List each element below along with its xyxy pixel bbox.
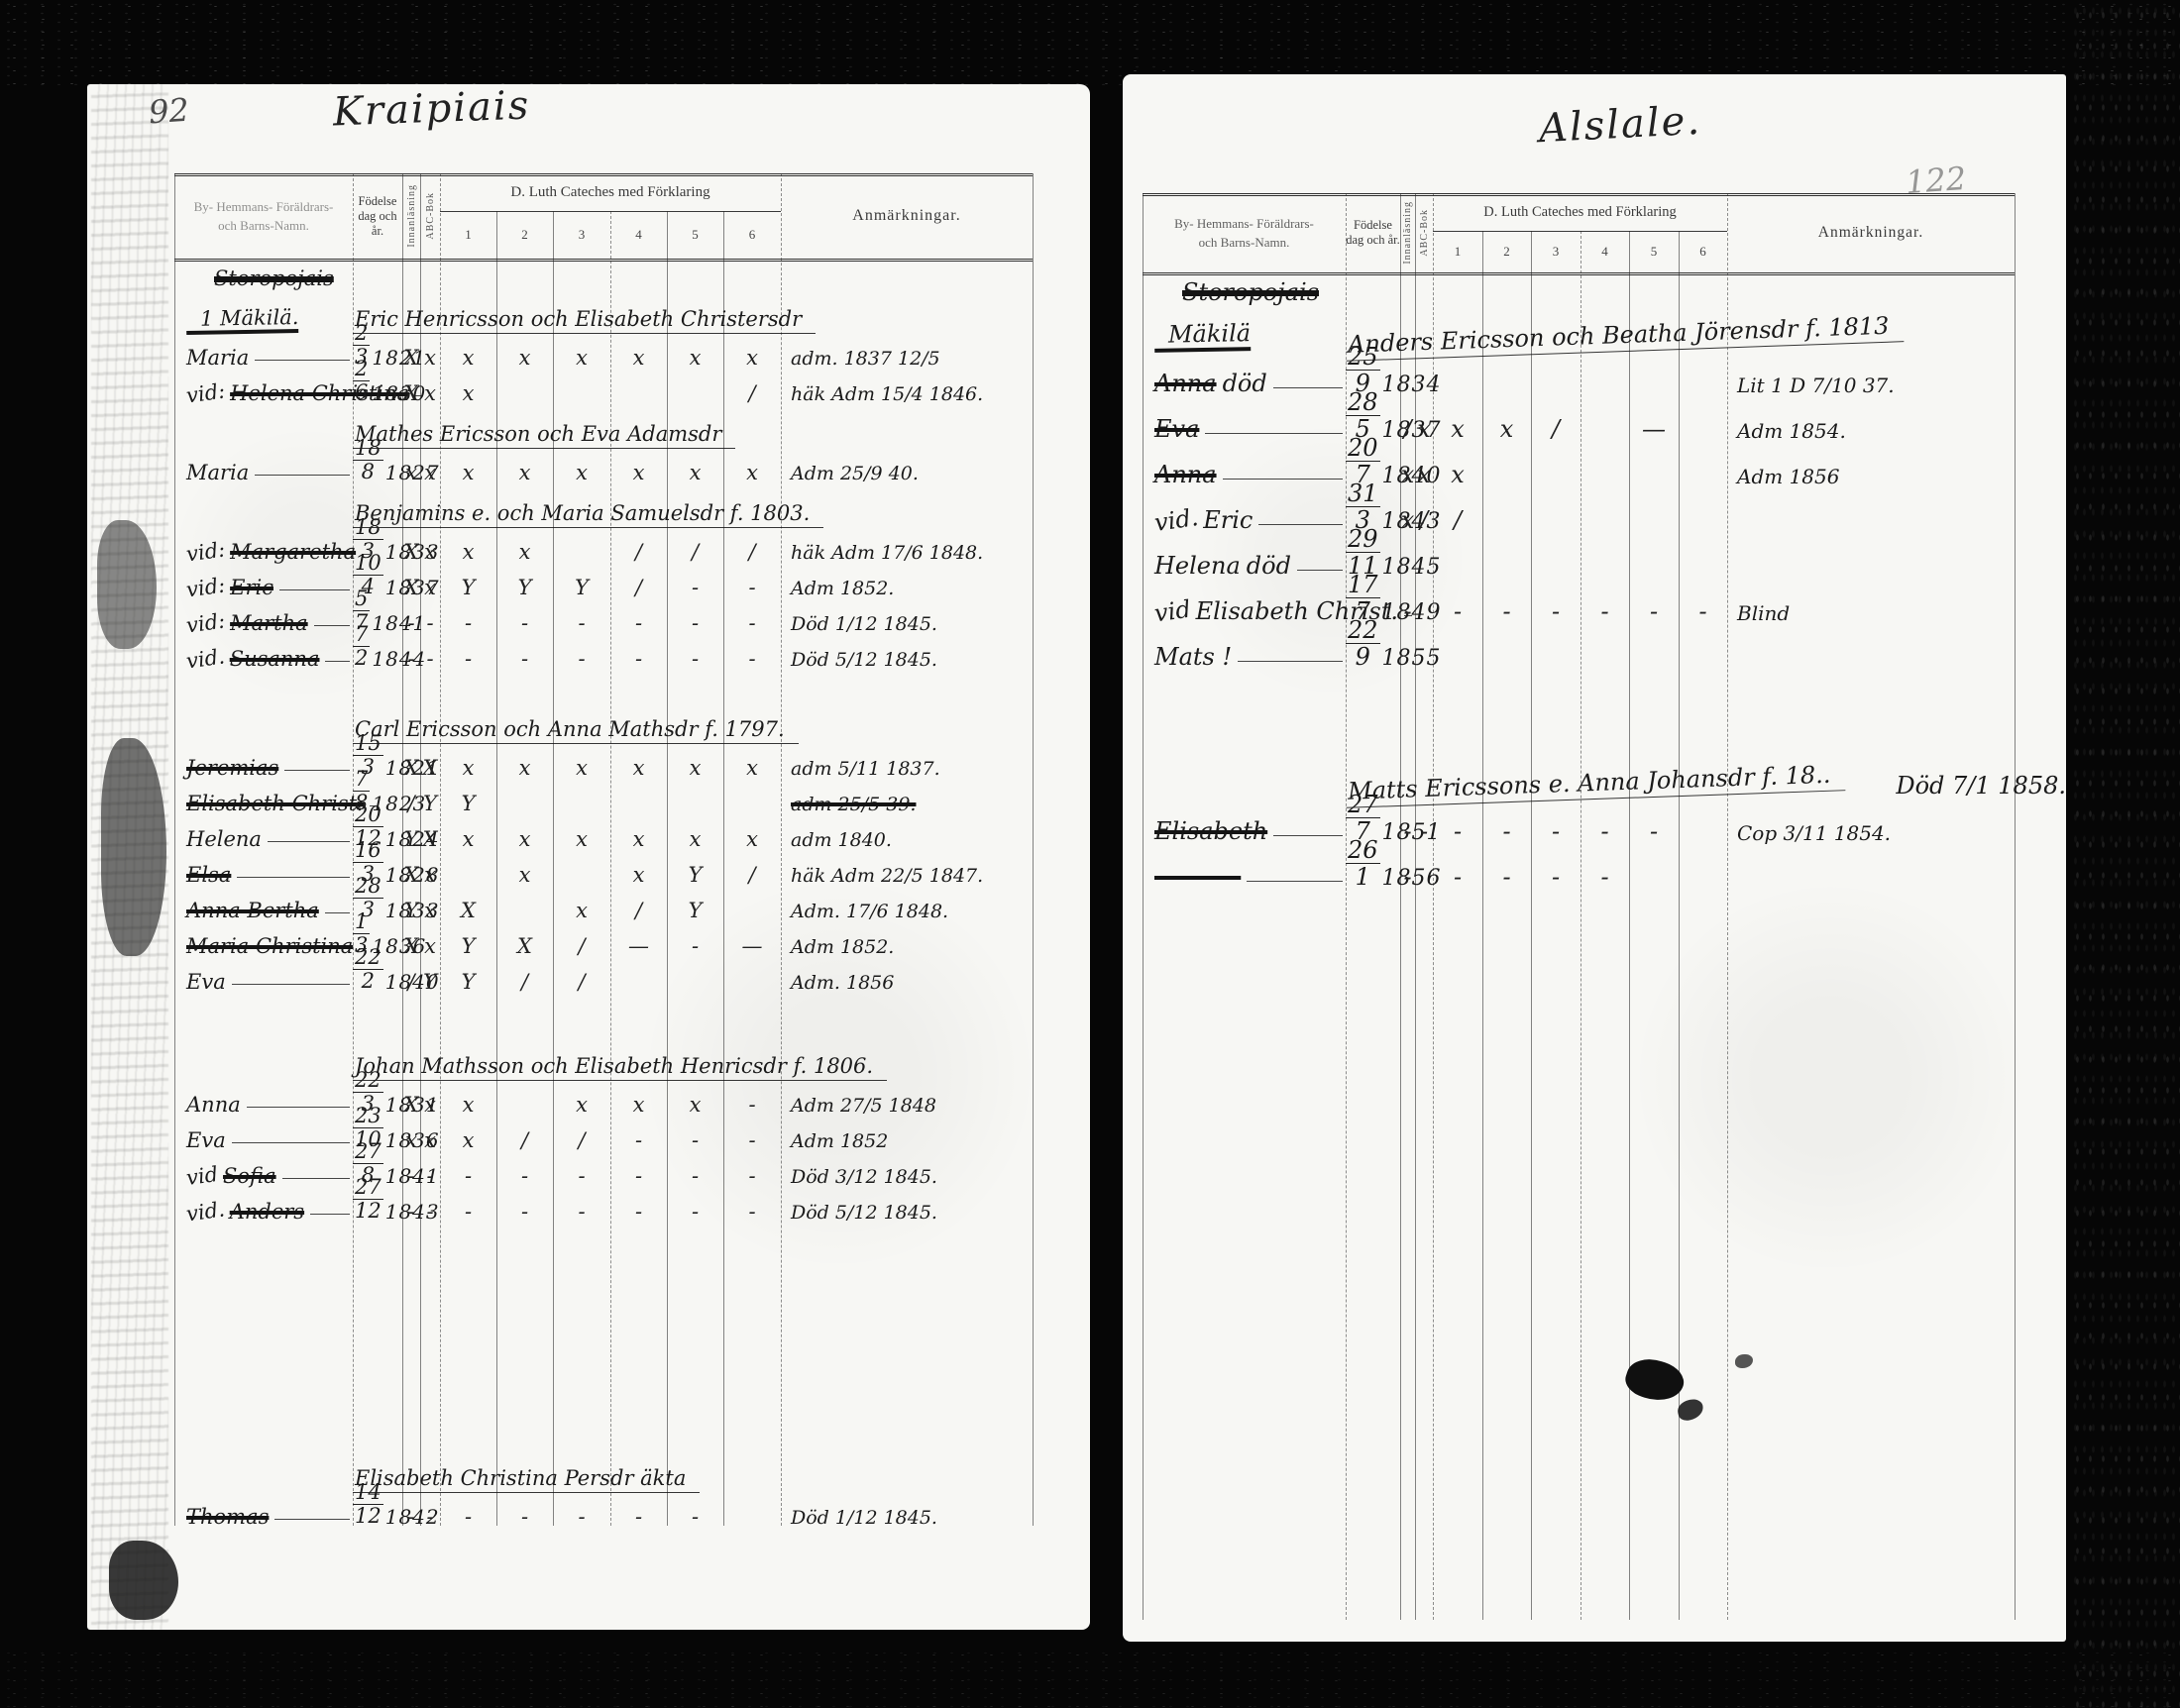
remark-note: häk Adm 15/4 1846. xyxy=(781,383,1033,405)
table-row: Elisabeth Christ:781823/YYadm 25/5 39. xyxy=(174,780,1090,815)
cateches-mark: - xyxy=(610,611,667,635)
cateches-mark: / xyxy=(723,863,781,887)
cateches-mark: Y xyxy=(440,934,496,958)
name-cell: vid:Martha xyxy=(174,611,353,635)
name-cell: Elisabeth Christ: xyxy=(174,792,353,815)
family-parents-span: Carl Ericsson och Anna Mathsdr f. 1797. xyxy=(353,717,1090,744)
birth-date: 14121842 xyxy=(353,1482,402,1529)
cateches-mark: - xyxy=(610,647,667,671)
birth-month: 12 xyxy=(355,1200,381,1222)
cateches-mark: x xyxy=(667,1093,723,1117)
cateches-mark: / xyxy=(496,1128,553,1152)
cateches-col-1: 1 xyxy=(1433,231,1482,272)
person-name: Eva xyxy=(1154,415,1199,443)
cateches-mark: - xyxy=(496,1200,553,1224)
remark-note: Adm 25/9 40. xyxy=(781,463,1033,484)
birth-month: 9 xyxy=(1356,644,1370,669)
family-parents-span: Elisabeth Christina Persdr äkta xyxy=(353,1466,1090,1493)
cateches-mark: Y xyxy=(420,792,440,815)
cateches-mark: x xyxy=(420,899,440,922)
cateches-mark: - xyxy=(610,1200,667,1224)
name-suffix: död xyxy=(1223,370,1267,397)
entries: Storopojais1 Mäkilä.Eric Henricsson och … xyxy=(87,261,1090,1529)
person-name: Elisabeth Christ: xyxy=(186,792,364,815)
name-cell: Maria xyxy=(174,461,353,484)
leader-line xyxy=(1273,835,1343,836)
person-name: — — — xyxy=(1154,863,1241,891)
person-name: Anna Bertha xyxy=(186,899,319,922)
family-header-row: Carl Ericsson och Anna Mathsdr f. 1797. xyxy=(174,700,1090,744)
cateches-mark: - xyxy=(610,1164,667,1188)
person-name: Martha xyxy=(230,611,308,635)
family-section: Storopojais1 Mäkilä.Eric Henricsson och … xyxy=(174,261,1090,405)
cateches-mark: Y xyxy=(667,899,723,922)
birth-day: 25 xyxy=(1346,345,1380,371)
person-name: Helena xyxy=(1154,552,1241,580)
name-cell: Maria xyxy=(174,346,353,370)
leader-line xyxy=(314,625,350,626)
cateches-mark: x xyxy=(610,346,667,370)
column-header-birth: Födelse dag och år. xyxy=(1346,193,1400,272)
birth-date: 261830 xyxy=(353,359,402,405)
column-header-remarks: Anmärkningar. xyxy=(1727,193,2015,272)
name-cell: vid.Eric xyxy=(1143,506,1346,534)
leader-line xyxy=(1223,479,1343,480)
cateches-mark: X xyxy=(402,576,420,599)
cateches-mark: x xyxy=(420,381,440,405)
birth-month: 1 xyxy=(1356,864,1370,889)
cateches-mark: - xyxy=(1679,597,1727,625)
cateches-mark: - xyxy=(723,1128,781,1152)
table-row: Helena20121824YXxxxxxxadm 1840. xyxy=(174,815,1090,851)
column-header-abc: ABC-Bok xyxy=(1415,193,1433,272)
remark-note: adm 5/11 1837. xyxy=(781,758,1033,780)
cateches-mark: - xyxy=(496,1164,553,1188)
cateches-mark: - xyxy=(440,647,496,671)
cateches-mark: x xyxy=(496,540,553,564)
cateches-mark: - xyxy=(1629,817,1679,845)
leader-line xyxy=(1273,387,1343,388)
margin-note: vid. xyxy=(185,1197,227,1226)
cateches-mark: / xyxy=(553,1128,610,1152)
birth-day-month: 229 xyxy=(1346,618,1380,669)
cateches-col-5: 5 xyxy=(1629,231,1679,272)
cateches-col-2: 2 xyxy=(496,211,553,259)
birth-day: 18 xyxy=(353,517,383,540)
name-cell: vid:Eric xyxy=(174,576,353,599)
column-header-names: By- Hemmans- Föräldrars-och Barns-Namn. xyxy=(174,173,353,259)
scan-noise-right xyxy=(2071,0,2180,1708)
family-parents-span: Johan Mathsson och Elisabeth Henricsdr f… xyxy=(353,1054,1090,1081)
cateches-mark: / xyxy=(723,540,781,564)
birth-day-month: 26 xyxy=(353,359,370,403)
birth-date: 721844 xyxy=(353,624,402,671)
cateches-mark: x xyxy=(553,899,610,922)
table-row: — — —2611856----- xyxy=(1143,845,2066,891)
table-row: Jeremias1531821XXxxxxxxadm 5/11 1837. xyxy=(174,744,1090,780)
family-parents-span: Eric Henricsson och Elisabeth Christersd… xyxy=(353,307,1090,334)
remark-note: Adm 1854. xyxy=(1727,419,2015,443)
leader-line xyxy=(232,1142,350,1143)
cateches-mark: x xyxy=(610,1093,667,1117)
cateches-mark: / xyxy=(610,576,667,599)
family-header-row: Matts Ericssons e. Anna Johansdr f. 18..… xyxy=(1143,754,2066,800)
cateches-mark: x xyxy=(1433,415,1482,443)
name-cell: — — — xyxy=(1143,863,1346,891)
birth-date: 27121843 xyxy=(353,1177,402,1224)
person-name: Anna xyxy=(1154,461,1217,488)
scan-noise-bottom xyxy=(0,1649,2180,1708)
birth-day: 7 xyxy=(353,624,370,647)
birth-day: 28 xyxy=(353,876,383,899)
leader-line xyxy=(247,1107,350,1108)
cateches-mark: - xyxy=(1531,863,1580,891)
person-name: Elsa xyxy=(186,863,231,887)
birth-day-month: 1412 xyxy=(353,1482,383,1527)
cateches-mark: - xyxy=(496,611,553,635)
page-title: Kraipiais xyxy=(332,83,531,136)
page-title: Alslale. xyxy=(1538,98,1702,153)
leader-line xyxy=(279,589,350,590)
cateches-mark: - xyxy=(1400,863,1415,891)
cateches-mark: x xyxy=(553,461,610,484)
cateches-mark: x xyxy=(610,756,667,780)
leader-line xyxy=(255,360,350,361)
cateches-mark: - xyxy=(496,647,553,671)
cateches-mark: - xyxy=(667,1164,723,1188)
cateches-mark: x xyxy=(553,1093,610,1117)
birth-day-month: 222 xyxy=(353,947,383,992)
leader-line xyxy=(325,661,350,662)
cateches-mark: x xyxy=(440,756,496,780)
birth-month: 2 xyxy=(355,647,368,669)
entries: StoropojaisMäkiläAnders Ericsson och Bea… xyxy=(1123,276,2066,891)
cateches-mark: x xyxy=(496,827,553,851)
remark-note: Adm 27/5 1848 xyxy=(781,1095,1033,1117)
column-header-abc: ABC-Bok xyxy=(420,173,440,259)
cateches-mark: x xyxy=(440,381,496,405)
cateches-mark: x xyxy=(1415,461,1433,488)
cateches-mark: - xyxy=(1482,863,1531,891)
remark-note: Adm 1852 xyxy=(781,1130,1033,1152)
family-section: Mathes Ericsson och Eva AdamsdrMaria1881… xyxy=(174,405,1090,484)
person-name: Eric xyxy=(230,576,273,599)
cateches-mark: - xyxy=(440,1164,496,1188)
cateches-mark: - xyxy=(1415,817,1433,845)
cateches-mark: - xyxy=(1580,863,1629,891)
birth-date: 2291855 xyxy=(1346,618,1400,671)
cateches-mark: X xyxy=(496,934,553,958)
cateches-mark: x xyxy=(723,346,781,370)
cateches-mark: - xyxy=(402,611,420,635)
birth-day: 27 xyxy=(1346,793,1380,818)
cateches-mark: X xyxy=(420,756,440,780)
cateches-mark: x xyxy=(420,1093,440,1117)
name-cell: vid:Helena Christina xyxy=(174,381,353,405)
cateches-mark: x xyxy=(553,346,610,370)
cateches-mark: - xyxy=(667,1505,723,1529)
table-row: Anna2231831Xxxxxx-Adm 27/5 1848 xyxy=(174,1081,1090,1117)
cateches-mark: Y xyxy=(667,863,723,887)
cateches-mark: - xyxy=(1580,597,1629,625)
cateches-mark: - xyxy=(723,1093,781,1117)
table-row: Anna2071840xxxAdm 1856 xyxy=(1143,443,2066,488)
birth-day-month: 188 xyxy=(353,438,383,482)
cateches-mark: X xyxy=(402,934,420,958)
register-left-page: 92 Kraipiais By- Hemmans- Föräldrars-och… xyxy=(87,84,1090,1630)
family-parents-span: Mathes Ericsson och Eva Adamsdr xyxy=(353,422,1090,449)
name-cell: Elisabeth xyxy=(1143,817,1346,845)
cateches-mark: Y xyxy=(553,576,610,599)
farm-cell: Mäkilä xyxy=(1143,320,1346,352)
table-row: vid:Margaretha1831833Xxxx///häk Adm 17/6… xyxy=(174,528,1090,564)
cateches-mark: x xyxy=(723,756,781,780)
leader-line xyxy=(268,841,350,842)
cateches-mark: x xyxy=(553,756,610,780)
table-row: Maria1881827xxxxxxxxAdm 25/9 40. xyxy=(174,449,1090,484)
cateches-mark: Y xyxy=(440,576,496,599)
cateches-mark: - xyxy=(420,1200,440,1224)
person-name: Anna xyxy=(186,1093,241,1117)
birth-day: 16 xyxy=(353,840,383,863)
family-header-row: 1 Mäkilä.Eric Henricsson och Elisabeth C… xyxy=(174,290,1090,334)
birth-day: 22 xyxy=(353,1070,383,1093)
cateches-mark: x xyxy=(496,346,553,370)
village-name: Storopojais xyxy=(1143,278,1319,306)
name-cell: Eva xyxy=(1143,415,1346,443)
cateches-mark: x xyxy=(1400,506,1415,534)
remark-note: Död 3/12 1845. xyxy=(781,1166,1033,1188)
cateches-mark: - xyxy=(420,1164,440,1188)
family-header-row: Johan Mathsson och Elisabeth Henricsdr f… xyxy=(174,1037,1090,1081)
column-header-names: By- Hemmans- Föräldrars-och Barns-Namn. xyxy=(1143,193,1346,272)
cateches-mark: - xyxy=(402,647,420,671)
cateches-mark: x xyxy=(1415,415,1433,443)
scan-noise-top xyxy=(0,0,2180,85)
remark-note: Cop 3/11 1854. xyxy=(1727,821,2015,845)
birth-day: 5 xyxy=(353,588,370,611)
family-header-row: Benjamins e. och Maria Samuelsdr f. 1803… xyxy=(174,484,1090,528)
table-row: Eva2851837/xxx/—Adm 1854. xyxy=(1143,397,2066,443)
birth-day-month: 2712 xyxy=(353,1177,383,1222)
margin-note: vid: xyxy=(185,573,227,601)
cateches-mark: - xyxy=(420,647,440,671)
birth-day: 31 xyxy=(1346,481,1380,507)
birth-date: 2611856 xyxy=(1346,838,1400,891)
birth-month: 6 xyxy=(355,381,368,403)
table-row: Thomas14121842-------Död 1/12 1845. xyxy=(174,1493,1090,1529)
cateches-mark: x xyxy=(420,863,440,887)
cateches-mark: Y xyxy=(402,899,420,922)
cateches-mark: x xyxy=(420,461,440,484)
cateches-mark: / xyxy=(402,970,420,994)
family-header-row: Mathes Ericsson och Eva Adamsdr xyxy=(174,405,1090,449)
cateches-mark: Y xyxy=(420,970,440,994)
person-name: Margaretha xyxy=(230,540,356,564)
birth-day: 18 xyxy=(353,438,383,461)
cateches-col-6: 6 xyxy=(723,211,781,259)
table-row: Eva23101836xxx//---Adm 1852 xyxy=(174,1117,1090,1152)
name-cell: vid:Margaretha xyxy=(174,540,353,564)
parents-names: Johan Mathsson och Elisabeth Henricsdr f… xyxy=(353,1054,887,1081)
cateches-mark: / xyxy=(1531,415,1580,443)
name-cell: Annadöd xyxy=(1143,370,1346,397)
cateches-mark: x xyxy=(667,827,723,851)
cateches-mark: - xyxy=(667,1200,723,1224)
table-row: vid:Eric1041837XxYYY/--Adm 1852. xyxy=(174,564,1090,599)
table-row: Anna Bertha2831833YxXx/YAdm. 17/6 1848. xyxy=(174,887,1090,922)
family-section: Elisabeth Christina Persdr äktaThomas141… xyxy=(174,1449,1090,1529)
birth-day: 22 xyxy=(1346,618,1380,644)
cateches-mark: x xyxy=(440,540,496,564)
person-name: Anna xyxy=(1154,370,1217,397)
family-section: Johan Mathsson och Elisabeth Henricsdr f… xyxy=(174,1037,1090,1224)
cateches-mark: / xyxy=(1400,415,1415,443)
cateches-mark: - xyxy=(1531,597,1580,625)
cateches-col-4: 4 xyxy=(1580,231,1629,272)
birth-day: 14 xyxy=(353,1482,383,1505)
birth-day: 7 xyxy=(353,769,370,792)
cateches-col-1: 1 xyxy=(440,211,496,259)
leader-line xyxy=(1258,524,1343,525)
remark-note: Död 5/12 1845. xyxy=(781,1202,1033,1224)
cateches-mark: - xyxy=(420,1505,440,1529)
cateches-col-3: 3 xyxy=(1531,231,1580,272)
name-cell: Helena xyxy=(174,827,353,851)
name-cell: Anna xyxy=(174,1093,353,1117)
column-header-cateches: D. Luth Cateches med Förklaring xyxy=(1433,193,1727,231)
cateches-mark: x xyxy=(1433,461,1482,488)
name-cell: vidSofia xyxy=(174,1164,353,1188)
person-name: Eric xyxy=(1203,506,1253,534)
cateches-mark: X xyxy=(402,346,420,370)
table-row: Eva2221840/YY//Adm. 1856 xyxy=(174,958,1090,994)
cateches-col-5: 5 xyxy=(667,211,723,259)
family-section: StoropojaisMäkiläAnders Ericsson och Bea… xyxy=(1143,276,2066,671)
cateches-mark: x xyxy=(420,346,440,370)
remark-note: häk Adm 17/6 1848. xyxy=(781,542,1033,564)
person-name: Thomas xyxy=(186,1505,269,1529)
birth-date: 2221840 xyxy=(353,947,402,994)
birth-day: 27 xyxy=(353,1141,383,1164)
person-name: Maria xyxy=(186,461,249,484)
cateches-mark: x xyxy=(402,461,420,484)
remark-note: Blind xyxy=(1727,601,2015,625)
cateches-mark: x xyxy=(440,1093,496,1117)
corner-stain xyxy=(109,1541,178,1620)
cateches-mark: - xyxy=(1400,817,1415,845)
cateches-mark: - xyxy=(1531,817,1580,845)
name-cell: Jeremias xyxy=(174,756,353,780)
margin-note: vid. xyxy=(1152,503,1200,537)
cateches-mark: x xyxy=(723,461,781,484)
column-header-birth: Födelse dag och år. xyxy=(353,173,402,259)
birth-month: 2 xyxy=(362,970,375,992)
cateches-mark: x xyxy=(420,934,440,958)
remark-note: Adm 1856 xyxy=(1727,465,2015,488)
cateches-mark: x xyxy=(1482,415,1531,443)
birth-day: 29 xyxy=(1346,527,1380,553)
cateches-mark: - xyxy=(667,647,723,671)
table-row: Elisabeth2771851-------Cop 3/11 1854. xyxy=(1143,800,2066,845)
leader-line xyxy=(232,984,350,985)
name-cell: vid.Anders xyxy=(174,1200,353,1224)
farm-name: 1 Mäkilä. xyxy=(186,305,299,335)
parents-names: Carl Ericsson och Anna Mathsdr f. 1797. xyxy=(353,717,799,744)
remark-note: Död 1/12 1845. xyxy=(781,613,1033,635)
margin-note: vid xyxy=(184,1162,219,1190)
cateches-mark: x xyxy=(610,461,667,484)
parents-names: Mathes Ericsson och Eva Adamsdr xyxy=(353,422,735,449)
cateches-mark: x xyxy=(440,461,496,484)
cateches-mark: Y xyxy=(440,970,496,994)
cateches-mark: - xyxy=(553,1164,610,1188)
name-suffix: död xyxy=(1247,552,1291,580)
table-row: Mats !2291855 xyxy=(1143,625,2066,671)
cateches-mark: - xyxy=(667,1128,723,1152)
cateches-mark: - xyxy=(553,647,610,671)
cateches-mark: - xyxy=(667,934,723,958)
birth-day: 26 xyxy=(1346,838,1380,864)
name-cell: Elsa xyxy=(174,863,353,887)
cateches-mark: - xyxy=(440,1505,496,1529)
cateches-mark: / xyxy=(610,899,667,922)
birth-day: 2 xyxy=(353,359,370,381)
cateches-mark: / xyxy=(667,540,723,564)
birth-month: 8 xyxy=(362,461,375,482)
margin-note: vid: xyxy=(185,537,227,566)
cateches-mark: / xyxy=(1433,506,1482,534)
cateches-mark: - xyxy=(1580,817,1629,845)
cateches-mark: / xyxy=(553,934,610,958)
person-name: Sofia xyxy=(223,1164,276,1188)
name-cell: vidElisabeth Christ. xyxy=(1143,597,1346,625)
name-cell: Mats ! xyxy=(1143,643,1346,671)
cateches-mark: - xyxy=(667,611,723,635)
cateches-mark: - xyxy=(723,611,781,635)
remark-note: Lit 1 D 7/10 37. xyxy=(1727,374,2015,397)
cateches-mark: X xyxy=(440,899,496,922)
leader-line xyxy=(1238,661,1343,662)
farm-cell: 1 Mäkilä. xyxy=(174,306,353,334)
person-name: Jeremias xyxy=(186,756,278,780)
remark-note: Adm. 1856 xyxy=(781,972,1033,994)
cateches-mark: / xyxy=(723,381,781,405)
table-row: vid.Eric3131843x// xyxy=(1143,488,2066,534)
cateches-col-2: 2 xyxy=(1482,231,1531,272)
cateches-mark: x xyxy=(402,1128,420,1152)
cateches-mark: - xyxy=(667,576,723,599)
remark-note: Adm. 17/6 1848. xyxy=(781,901,1033,922)
name-cell: Anna Bertha xyxy=(174,899,353,922)
family-section: Benjamins e. och Maria Samuelsdr f. 1803… xyxy=(174,484,1090,671)
cateches-mark: x xyxy=(496,863,553,887)
birth-day-month: 72 xyxy=(353,624,370,669)
table-row: vidSofia2781841--------Död 3/12 1845. xyxy=(174,1152,1090,1188)
cateches-mark: - xyxy=(553,1200,610,1224)
cateches-mark: X xyxy=(402,540,420,564)
cateches-mark: x xyxy=(496,756,553,780)
cateches-mark: x xyxy=(1400,461,1415,488)
cateches-mark: X xyxy=(420,827,440,851)
cateches-mark: - xyxy=(1482,817,1531,845)
cateches-mark: - xyxy=(553,611,610,635)
margin-note: vid. xyxy=(185,644,227,673)
name-cell: Eva xyxy=(174,970,353,994)
birth-day: 1 xyxy=(353,911,370,934)
person-name: Eva xyxy=(186,970,226,994)
leader-line xyxy=(282,1178,350,1179)
